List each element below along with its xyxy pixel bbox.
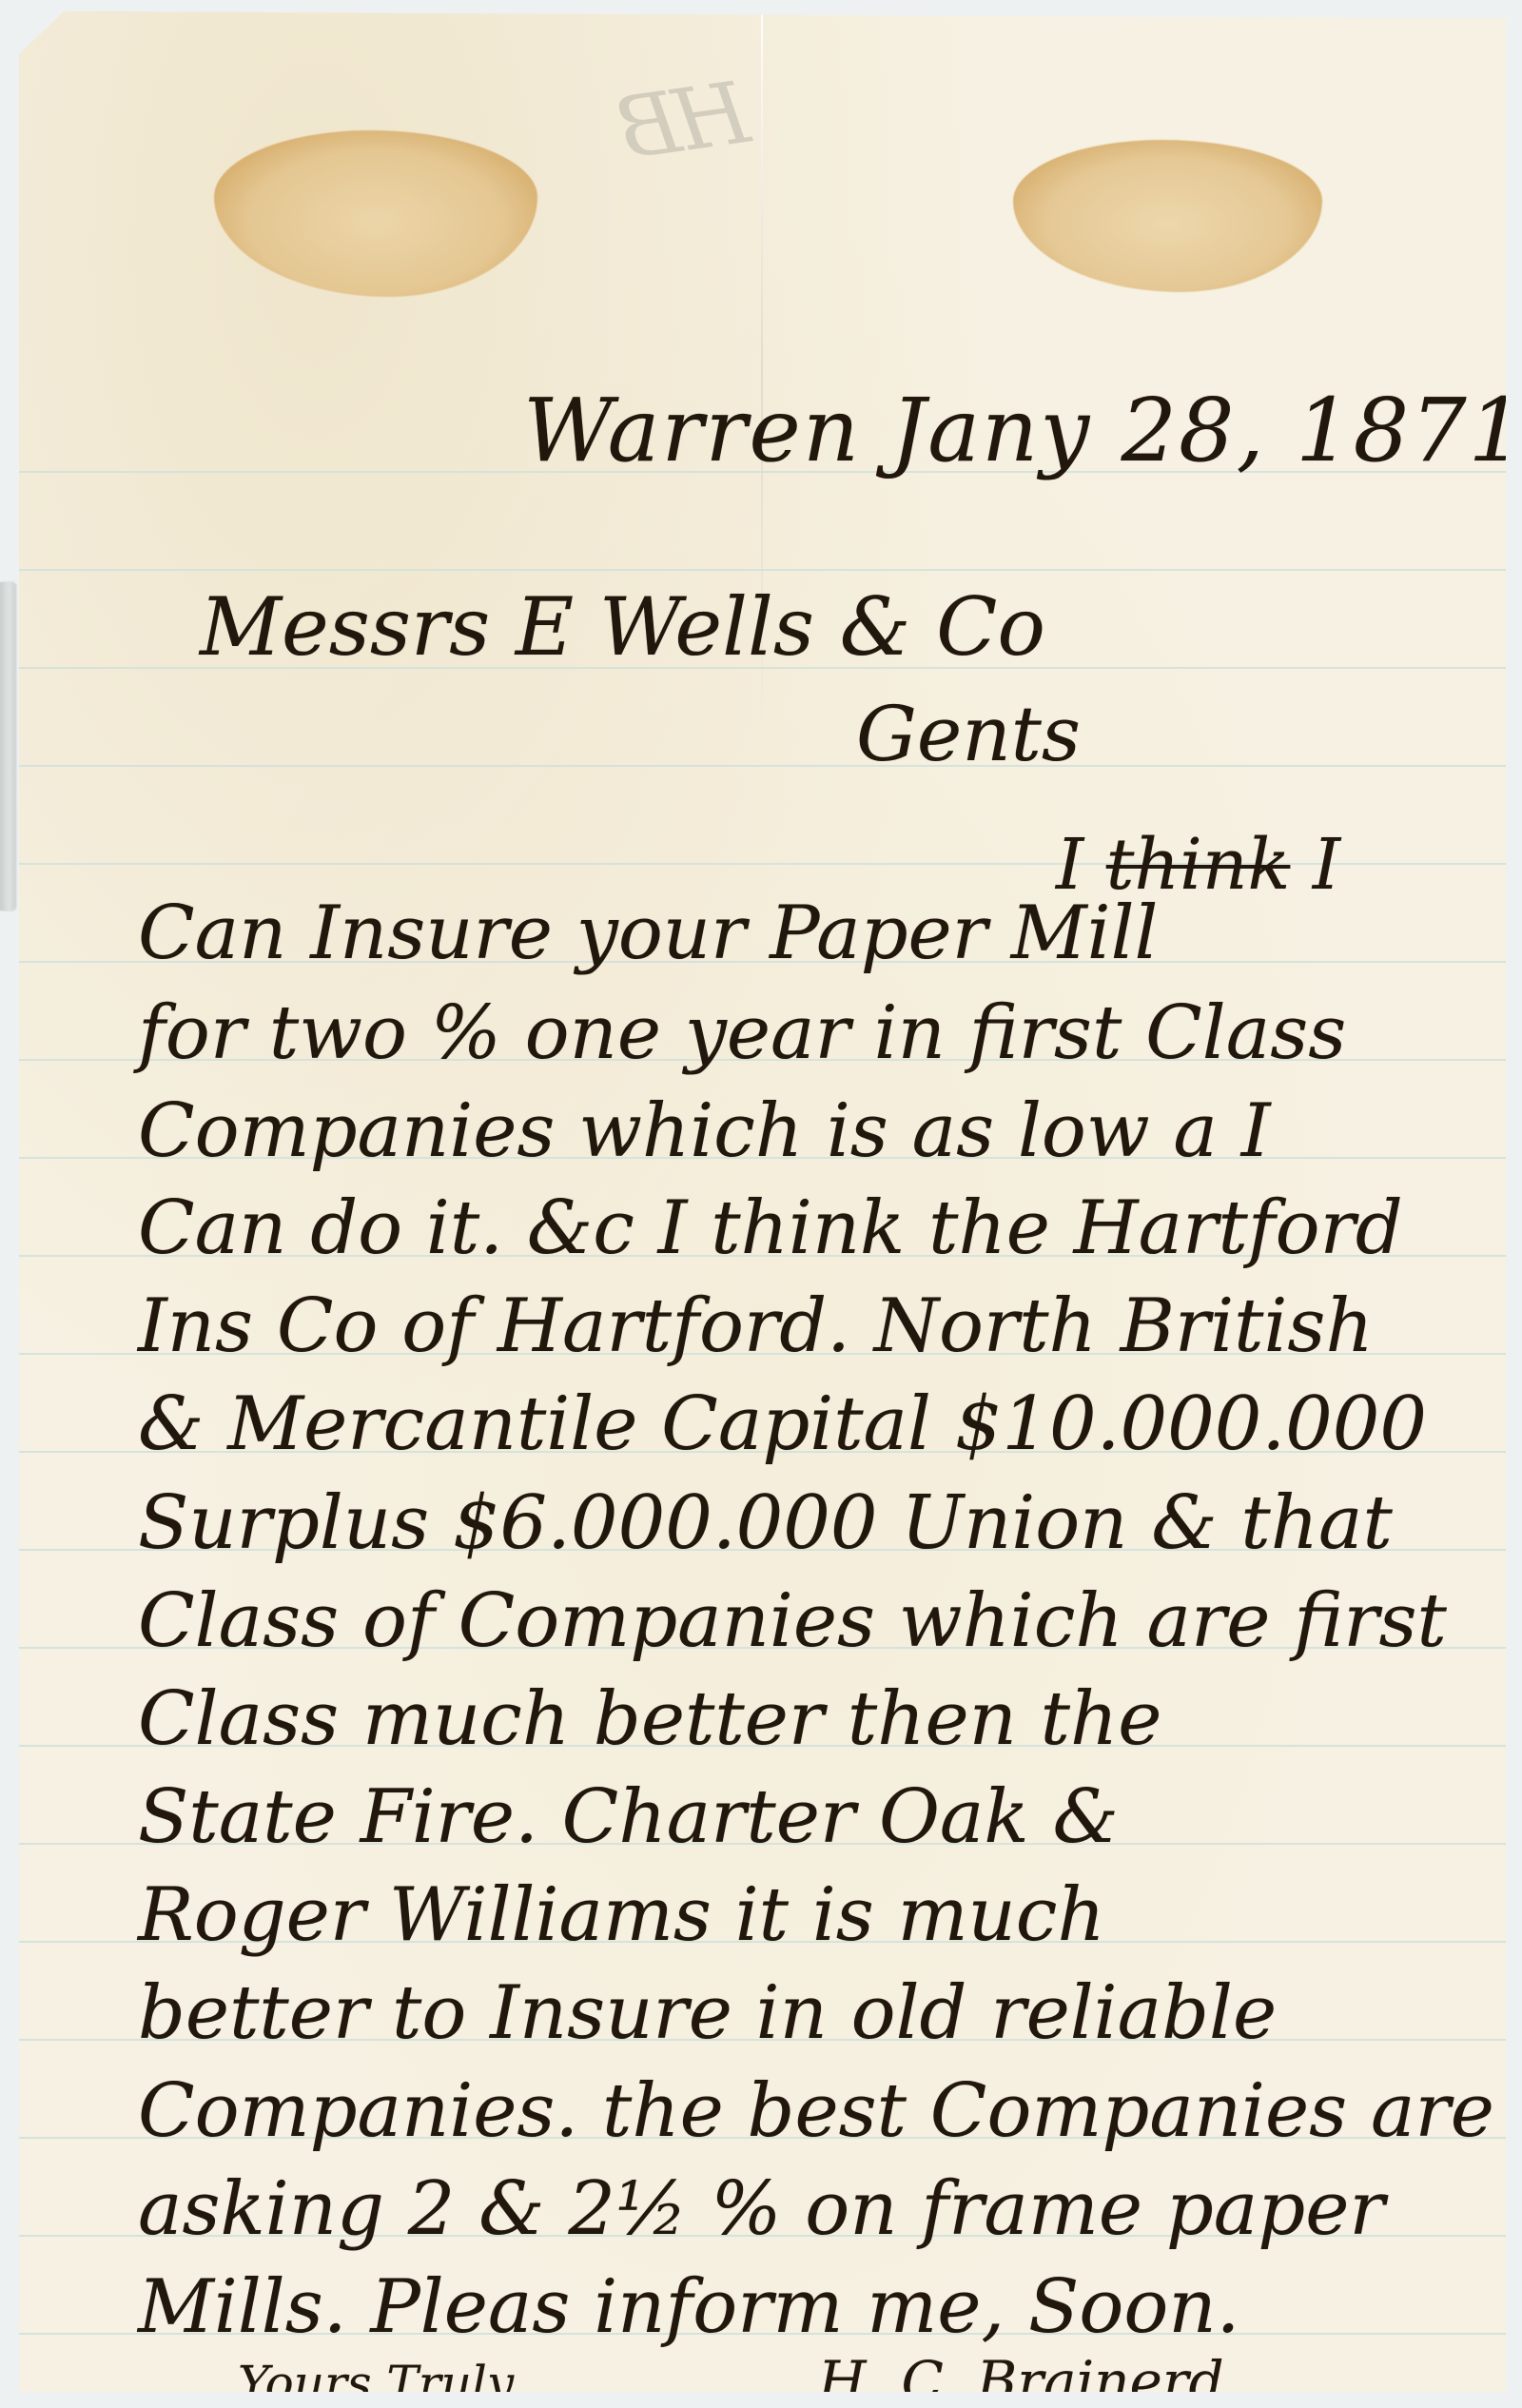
body-line: Class much better then the: [138, 1682, 1161, 1756]
addressee: Messrs E Wells & Co: [200, 587, 1045, 667]
mounting-hinge: [0, 582, 15, 910]
greeting: Gents: [856, 696, 1081, 773]
opening-line: I think I: [1056, 830, 1340, 900]
opening-word: I: [1313, 824, 1340, 906]
body-line: Can Insure your Paper Mill: [138, 896, 1158, 970]
body-line: for two % one year in first Class: [138, 996, 1346, 1070]
ruled-line: [19, 569, 1506, 571]
body-line: Class of Companies which are first: [138, 1584, 1447, 1658]
body-line: Can do it. &c I think the Hartford: [138, 1191, 1403, 1265]
place-date: Warren Jany 28, 1871: [523, 387, 1506, 475]
body-line: better to Insure in old reliable: [138, 1976, 1277, 2050]
signature: H. C. Brainerd: [818, 2354, 1224, 2392]
body-line: Mills. Pleas inform me, Soon.: [138, 2270, 1239, 2344]
body-line: asking 2 & 2½ % on frame paper: [138, 2172, 1385, 2246]
body-line: Ins Co of Hartford. North British: [138, 1289, 1374, 1363]
letter-sheet: HB Warren Jany 28, 1871 Messrs E Wells &…: [19, 11, 1506, 2392]
ruled-line: [19, 765, 1506, 767]
water-stain-left: [214, 130, 537, 297]
body-line: Companies which is as low a I: [138, 1094, 1271, 1168]
water-stain-right: [1013, 140, 1322, 292]
body-line: State Fire. Charter Oak &: [138, 1780, 1119, 1854]
body-line: & Mercantile Capital $10.000.000: [138, 1387, 1427, 1461]
scan-background: HB Warren Jany 28, 1871 Messrs E Wells &…: [0, 0, 1522, 2408]
faint-pencil-docket: HB: [515, 63, 759, 226]
closing: Yours Truly: [238, 2359, 514, 2392]
body-line: Companies. the best Companies are: [138, 2074, 1494, 2148]
body-line: Roger Williams it is much: [138, 1878, 1105, 1952]
body-line: Surplus $6.000.000 Union & that: [138, 1486, 1393, 1560]
